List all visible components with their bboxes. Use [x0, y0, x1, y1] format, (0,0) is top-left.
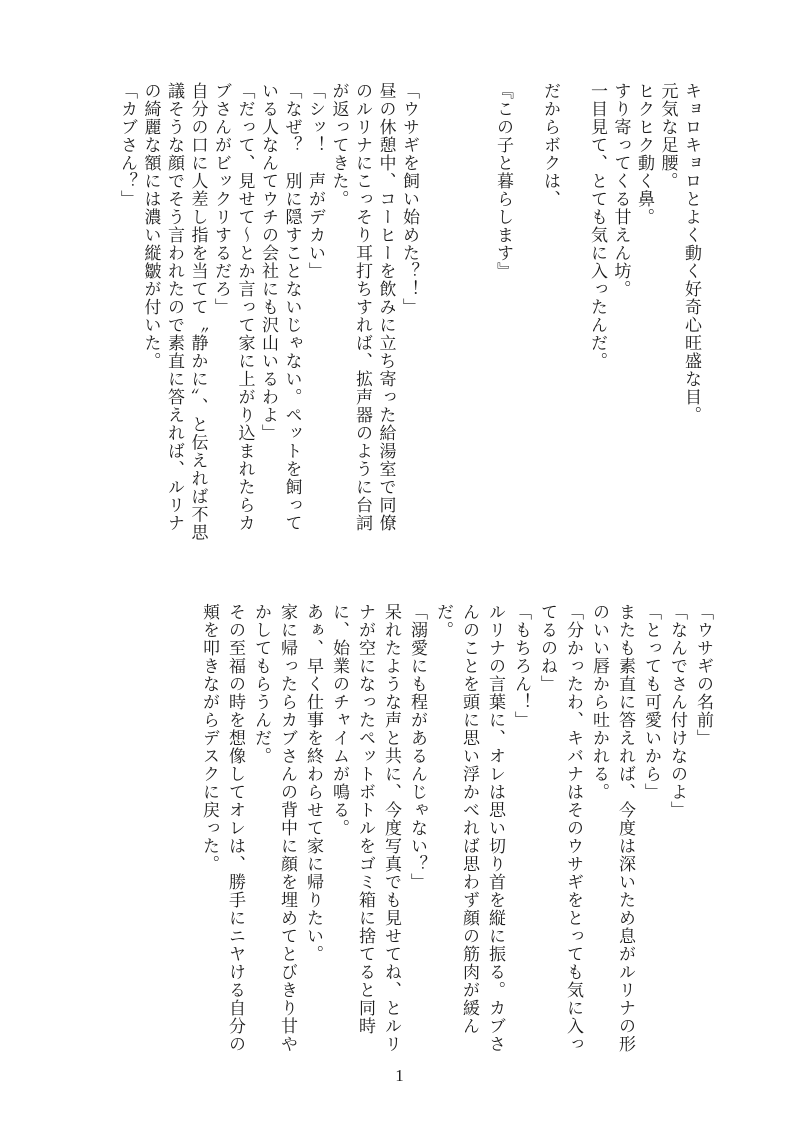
- text-line: 「なんでさん付けなのよ」: [664, 603, 690, 1061]
- text-line: 『この子と暮らします』: [492, 82, 516, 540]
- text-line: 「分かったわ、キバナはそのウサギをとっても気に入っ: [560, 603, 586, 1061]
- blank-line: [468, 82, 492, 540]
- text-line: 「だって、見せて〜とか言って家に上がり込まれたらカ: [233, 82, 257, 540]
- text-line: キョロキョロとよく動く好奇心旺盛な目。: [680, 82, 704, 540]
- text-line: の綺麗な額には濃い縦皺が付いた。: [139, 82, 163, 540]
- text-line: あぁ、早く仕事を終わらせて家に帰りたい。: [300, 603, 326, 1061]
- text-line: 「なぜ？ 別に隠すことないじゃない。ペットを飼って: [280, 82, 304, 540]
- text-line: だからボクは、: [539, 82, 563, 540]
- text-line: に、始業のチャイムが鳴る。: [326, 603, 352, 1061]
- text-block-bottom: 「ウサギの名前」「なんでさん付けなのよ」「とっても可愛いから」またも素直に答えれ…: [196, 603, 716, 1061]
- text-line: んのことを頭に思い浮かべれば思わず顔の筋肉が緩ん: [456, 603, 482, 1061]
- text-line: すり寄ってくる甘えん坊。: [609, 82, 633, 540]
- text-line: 「ウサギの名前」: [690, 603, 716, 1061]
- text-line: 昼の休憩中、コーヒーを飲みに立ち寄った給湯室で同僚: [374, 82, 398, 540]
- text-line: 「もちろん！」: [508, 603, 534, 1061]
- blank-line: [445, 82, 469, 540]
- page-number: 1: [0, 1066, 799, 1086]
- text-line: ヒクヒク動く鼻。: [633, 82, 657, 540]
- text-line: 元気な足腰。: [656, 82, 680, 540]
- text-line: 「とっても可愛いから」: [638, 603, 664, 1061]
- text-line: ブさんがビックリするだろ」: [210, 82, 234, 540]
- text-line: 「ウサギを飼い始めた？！」: [398, 82, 422, 540]
- text-line: いる人なんてウチの会社にも沢山いるわよ」: [257, 82, 281, 540]
- text-line: 頬を叩きながらデスクに戻った。: [196, 603, 222, 1061]
- blank-line: [562, 82, 586, 540]
- blank-line: [421, 82, 445, 540]
- text-line: 議そうな顔でそう言われたので素直に答えれば、ルリナ: [163, 82, 187, 540]
- text-line: 「溺愛にも程があるんじゃない？」: [404, 603, 430, 1061]
- text-line: てるのね」: [534, 603, 560, 1061]
- text-line: のルリナにこっそり耳打ちすれば、拡声器のように台詞: [351, 82, 375, 540]
- text-line: のいい唇から吐かれる。: [586, 603, 612, 1061]
- text-line: 一目見て、とても気に入ったんだ。: [586, 82, 610, 540]
- text-line: 呆れたような声と共に、今度写真でも見せてね、とルリ: [378, 603, 404, 1061]
- text-line: かしてもらうんだ。: [248, 603, 274, 1061]
- text-line: が返ってきた。: [327, 82, 351, 540]
- novel-page: キョロキョロとよく動く好奇心旺盛な目。元気な足腰。ヒクヒク動く鼻。すり寄ってくる…: [0, 0, 799, 1134]
- text-line: だ。: [430, 603, 456, 1061]
- text-line: 家に帰ったらカブさんの背中に顔を埋めてとびきり甘や: [274, 603, 300, 1061]
- text-block-top: キョロキョロとよく動く好奇心旺盛な目。元気な足腰。ヒクヒク動く鼻。すり寄ってくる…: [115, 82, 703, 540]
- text-line: 自分の口に人差し指を当てて〝静かに〟、と伝えれば不思: [186, 82, 210, 540]
- text-line: 「カブさん？」: [116, 82, 140, 540]
- blank-line: [515, 82, 539, 540]
- text-line: ルリナの言葉に、オレは思い切り首を縦に振る。カブさ: [482, 603, 508, 1061]
- text-line: またも素直に答えれば、今度は深いため息がルリナの形: [612, 603, 638, 1061]
- text-line: ナが空になったペットボトルをゴミ箱に捨てると同時: [352, 603, 378, 1061]
- text-line: その至福の時を想像してオレは、勝手にニヤける自分の: [222, 603, 248, 1061]
- text-line: 「シッ！ 声がデカい」: [304, 82, 328, 540]
